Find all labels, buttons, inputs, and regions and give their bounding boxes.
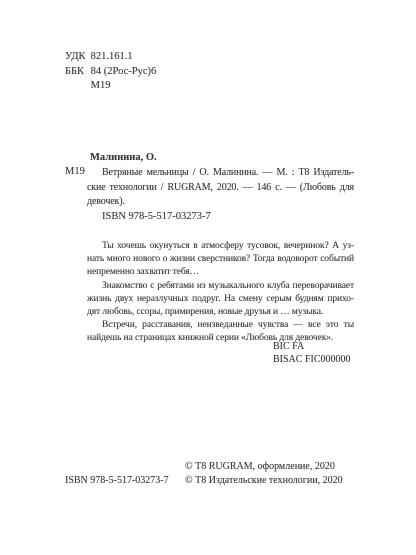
bbk-value: 84 (2Рос-Рус)6: [91, 66, 157, 77]
annotation-line: непременно захватит тебя…: [87, 266, 354, 279]
annotation-line: дят любовь, ссоры, примирения, новые дру…: [87, 306, 354, 319]
trade-codes-block: BIC FA BISAC FIC000000: [273, 340, 351, 366]
annotation-line: Ты хочешь окунуться в атмосферу тусовок,…: [87, 240, 354, 253]
bibliography-entry: М19 Ветряные мельницы / О. Малинина. — М…: [87, 166, 354, 210]
bic-code: BIC FA: [273, 340, 351, 353]
annotation-block: Ты хочешь окунуться в атмосферу тусовок,…: [87, 240, 354, 346]
bibliography-line: Ветряные мельницы / О. Малинина. — М. : …: [87, 166, 354, 181]
annotation-line: нать много нового о жизни сверстников? Т…: [87, 253, 354, 266]
bbk-row: ББК 84 (2Рос-Рус)6: [65, 65, 156, 80]
author-sign-row: М19: [65, 79, 156, 94]
isbn-entry: ISBN 978-5-517-03273-7: [102, 211, 211, 222]
bibliography-line: ские технологии / RUGRAM, 2020. — 146 с.…: [87, 181, 354, 196]
author-sign: М19: [91, 80, 111, 91]
annotation-line: Встречи, расставания, неизведанные чувст…: [87, 319, 354, 332]
bbk-label: ББК: [65, 65, 88, 80]
classification-block: УДК 821.161.1 ББК 84 (2Рос-Рус)6 М19: [65, 50, 156, 94]
udk-label: УДК: [65, 50, 88, 65]
footer-isbn: ISBN 978-5-517-03273-7: [65, 475, 169, 486]
udk-row: УДК 821.161.1: [65, 50, 156, 65]
bibliography-entry-code: М19: [65, 166, 85, 177]
book-imprint-page: УДК 821.161.1 ББК 84 (2Рос-Рус)6 М19 Мал…: [0, 0, 416, 555]
copyright-design: © Т8 RUGRAM, оформление, 2020: [185, 461, 335, 472]
bibliography-author: Малинина, О.: [90, 152, 157, 163]
annotation-line: жизнь двух неразлучных подруг. На смену …: [87, 293, 354, 306]
udk-value: 821.161.1: [91, 51, 133, 62]
bisac-code: BISAC FIC000000: [273, 353, 351, 366]
bibliography-line: девочек).: [87, 195, 354, 210]
annotation-line: Знакомство с ребятами из музыкального кл…: [87, 280, 354, 293]
copyright-technologies: © Т8 Издательские технологии, 2020: [185, 475, 343, 486]
